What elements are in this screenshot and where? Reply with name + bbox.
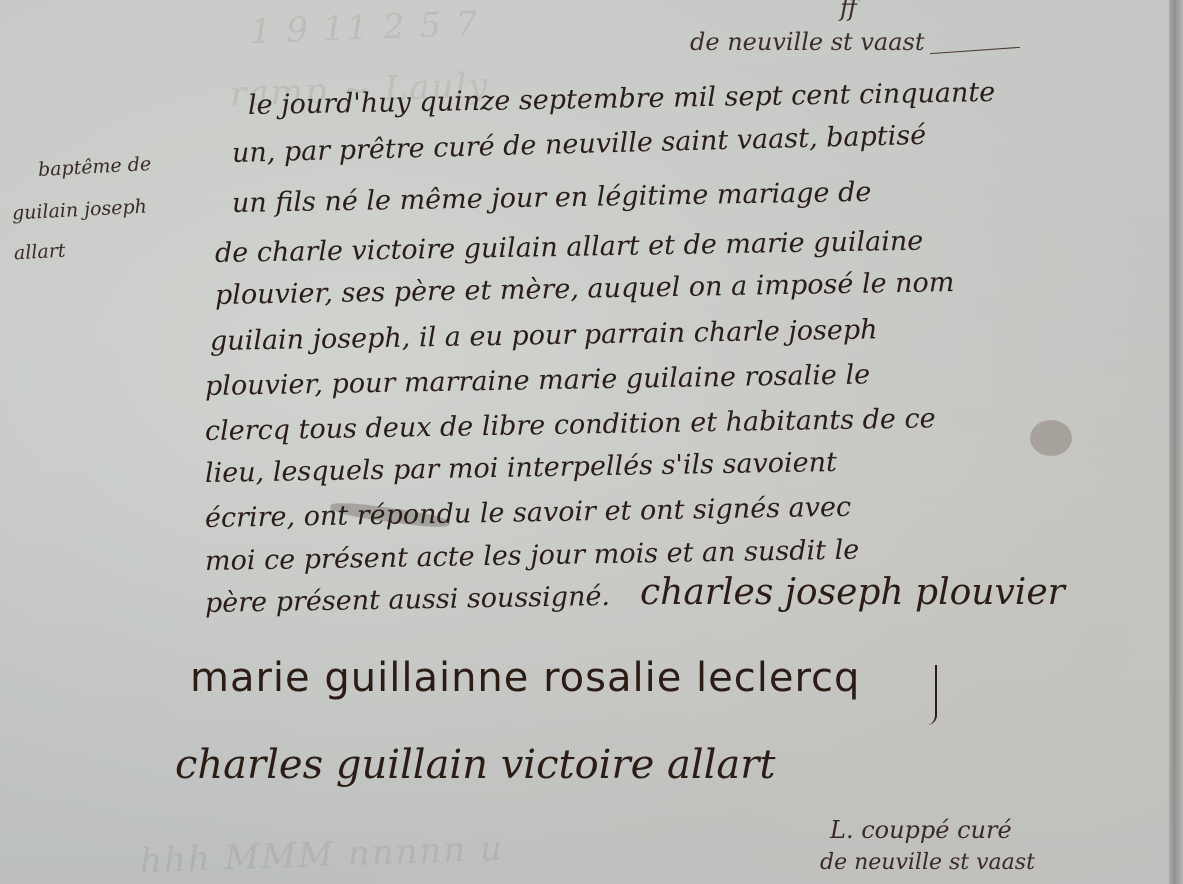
body-line-4: de charle victoire guilain allart et de …: [215, 228, 924, 267]
margin-note-line-3: allart: [13, 239, 66, 267]
bleed-through-text: hhh MMM nnnnn u: [139, 829, 504, 882]
body-line-5: plouvier, ses père et mère, auquel on a …: [215, 269, 955, 309]
body-line-9: lieu, lesquels par moi interpellés s'ils…: [205, 449, 837, 487]
header-place-text: de neuville st vaast: [690, 28, 924, 56]
bleed-through-text: 1 9 11 2 5 7: [249, 4, 480, 52]
margin-note-line-1: baptême de: [37, 152, 151, 184]
signature-priest-parish: de neuville st vaast: [820, 852, 1035, 874]
body-line-6: guilain joseph, il a eu pour parrain cha…: [210, 316, 878, 355]
page-mark: ff: [840, 0, 857, 22]
body-line-11: moi ce présent acte les jour mois et an …: [205, 537, 860, 575]
signature-flourish: [925, 665, 937, 725]
body-line-2: un, par prêtre curé de neuville saint va…: [232, 122, 927, 167]
body-line-3: un fils né le même jour en légitime mari…: [232, 179, 872, 217]
signature-godfather: charles joseph plouvier: [640, 575, 1065, 611]
signature-priest: L. couppé curé: [830, 818, 1012, 842]
body-line-12: père présent aussi soussigné.: [205, 583, 610, 617]
header-place: ff de neuville st vaast: [690, 28, 924, 56]
body-line-7: plouvier, pour marraine marie guilaine r…: [205, 361, 871, 400]
page-gutter: [1169, 0, 1183, 884]
header-underline: [930, 47, 1020, 54]
signature-father: charles guillain victoire allart: [175, 745, 775, 785]
signature-godmother: marie guillainne rosalie leclercq: [190, 658, 860, 698]
margin-note-line-2: guilain joseph: [11, 194, 147, 227]
ink-stain: [1030, 420, 1072, 456]
register-page: 1 9 11 2 5 7 ramp ~ Lauly hhh MMM nnnnn …: [0, 0, 1183, 884]
body-line-10: écrire, ont répondu le savoir et ont sig…: [205, 494, 852, 532]
body-line-8: clercq tous deux de libre condition et h…: [205, 405, 936, 445]
